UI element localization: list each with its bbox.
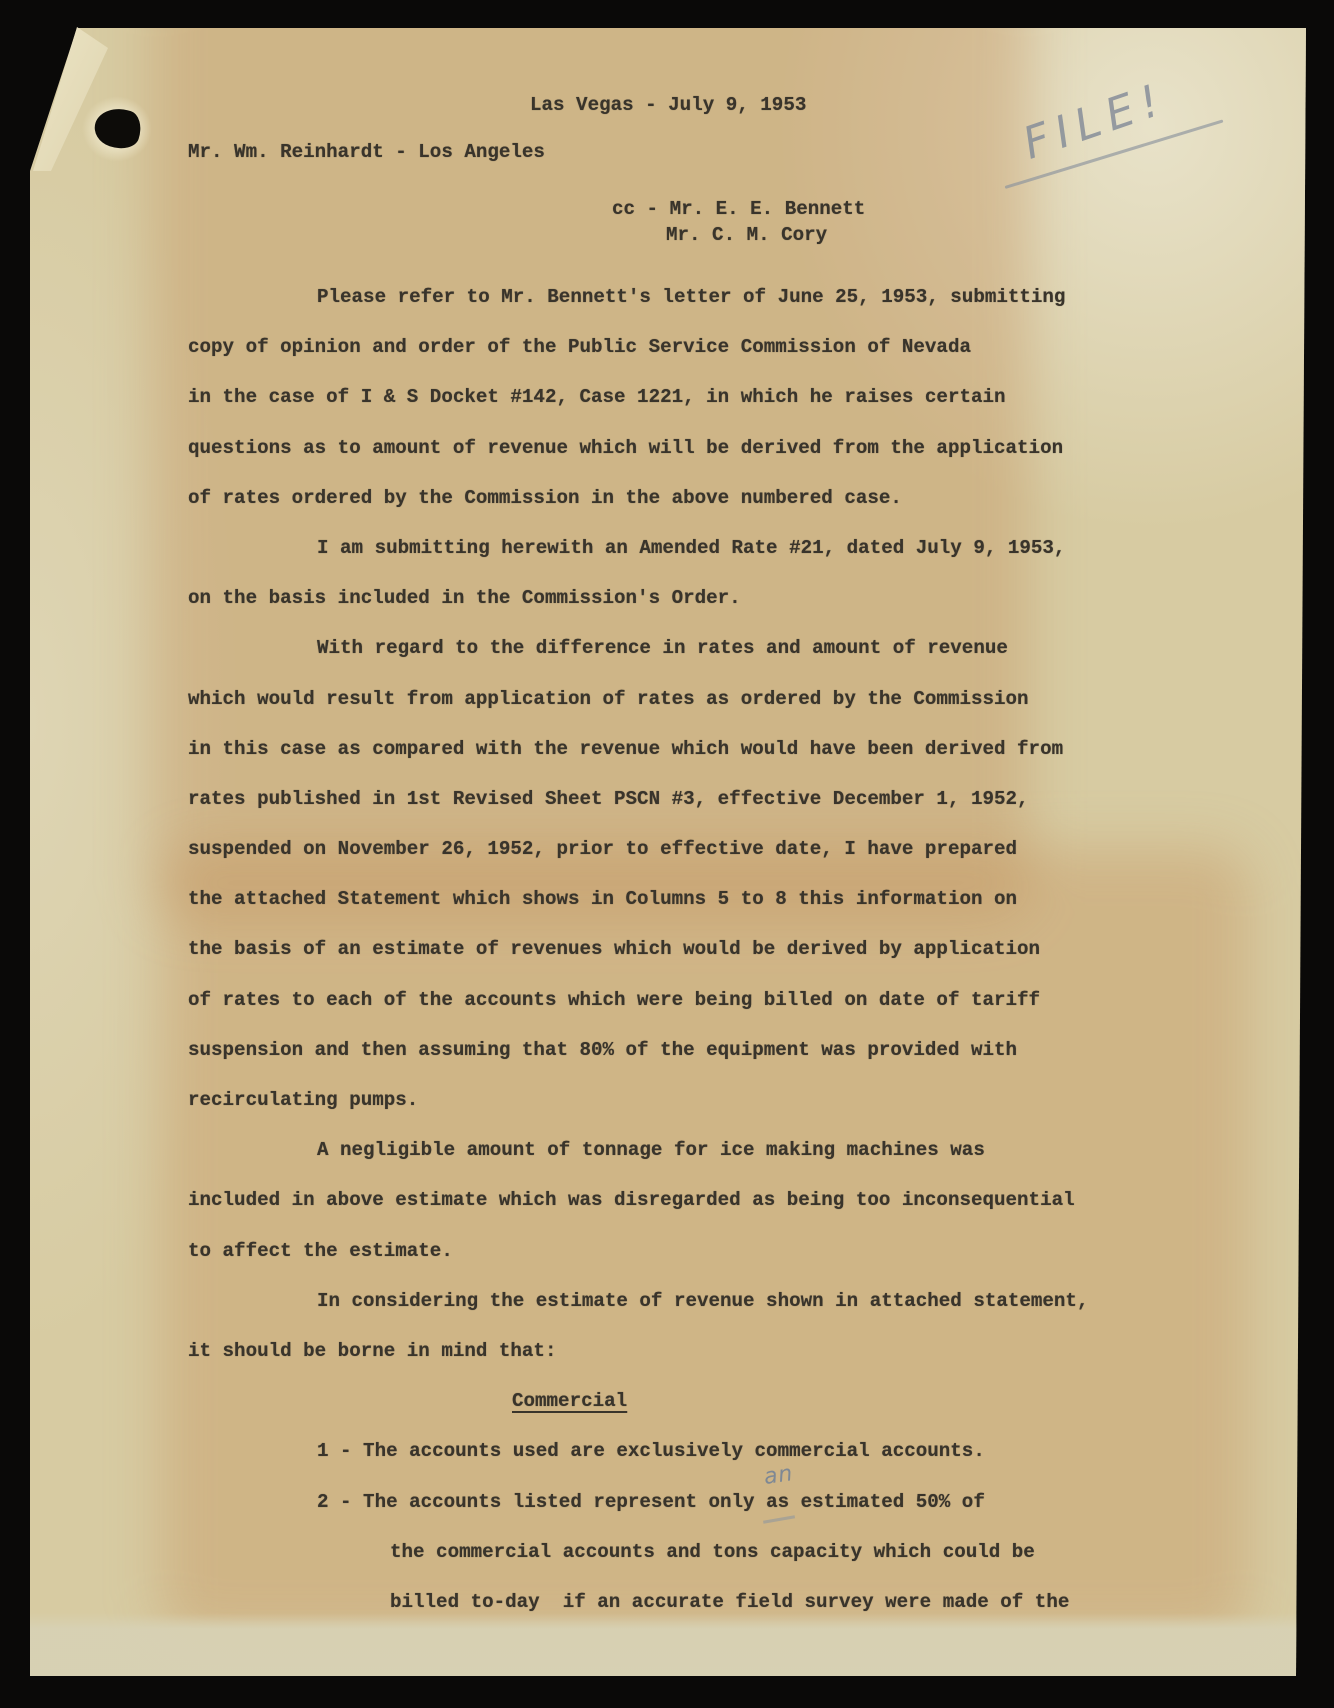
letter-line: suspension and then assuming that 80% of… (188, 1025, 1188, 1075)
letter-line: recirculating pumps. (188, 1075, 1188, 1125)
heading-text: Commercial (512, 1390, 627, 1412)
letter-line: in this case as compared with the revenu… (188, 724, 1188, 774)
cc-line-2: Mr. C. M. Cory (666, 224, 827, 246)
cc-line-1: cc - Mr. E. E. Bennett (612, 198, 865, 220)
letter-line: questions as to amount of revenue which … (188, 423, 1188, 473)
letter-line: With regard to the difference in rates a… (188, 623, 1188, 673)
letter-line: of rates to each of the accounts which w… (188, 975, 1188, 1025)
letter-line: A negligible amount of tonnage for ice m… (188, 1125, 1188, 1175)
corrected-word-wrap: asan (766, 1477, 789, 1527)
letter-line: of rates ordered by the Commission in th… (188, 473, 1188, 523)
letter-line: copy of opinion and order of the Public … (188, 322, 1188, 372)
letter-body: Please refer to Mr. Bennett's letter of … (188, 272, 1188, 1627)
letter-line: Please refer to Mr. Bennett's letter of … (188, 272, 1188, 322)
letter-line: 1 - The accounts used are exclusively co… (188, 1426, 1188, 1476)
section-heading: Commercial (188, 1376, 1188, 1426)
letter-line: 2 - The accounts listed represent only a… (188, 1477, 1188, 1527)
letter-line: suspended on November 26, 1952, prior to… (188, 824, 1188, 874)
line-text: estimated 50% of (789, 1491, 985, 1513)
scan-background: { "colors": { "backdrop": "#0a0908", "pa… (0, 0, 1334, 1708)
letter-line: which would result from application of r… (188, 674, 1188, 724)
letter-line: in the case of I & S Docket #142, Case 1… (188, 372, 1188, 422)
letter-line: rates published in 1st Revised Sheet PSC… (188, 774, 1188, 824)
letter-line: to affect the estimate. (188, 1226, 1188, 1276)
letter-line: I am submitting herewith an Amended Rate… (188, 523, 1188, 573)
letter-line: In considering the estimate of revenue s… (188, 1276, 1188, 1326)
letter-line: billed to-day if an accurate field surve… (188, 1577, 1188, 1627)
pencil-file-note: FILE! (1017, 73, 1174, 169)
letter-line: the commercial accounts and tons capacit… (188, 1527, 1188, 1577)
letter-line: the basis of an estimate of revenues whi… (188, 924, 1188, 974)
letter-page: Las Vegas - July 9, 1953 Mr. Wm. Reinhar… (30, 28, 1306, 1676)
letter-line: included in above estimate which was dis… (188, 1175, 1188, 1225)
addressee: Mr. Wm. Reinhardt - Los Angeles (188, 141, 545, 163)
dateline: Las Vegas - July 9, 1953 (530, 94, 806, 116)
letter-line: on the basis included in the Commission'… (188, 573, 1188, 623)
letter-line: the attached Statement which shows in Co… (188, 874, 1188, 924)
line-text: 2 - The accounts listed represent only (317, 1491, 766, 1513)
letter-line: it should be borne in mind that: (188, 1326, 1188, 1376)
